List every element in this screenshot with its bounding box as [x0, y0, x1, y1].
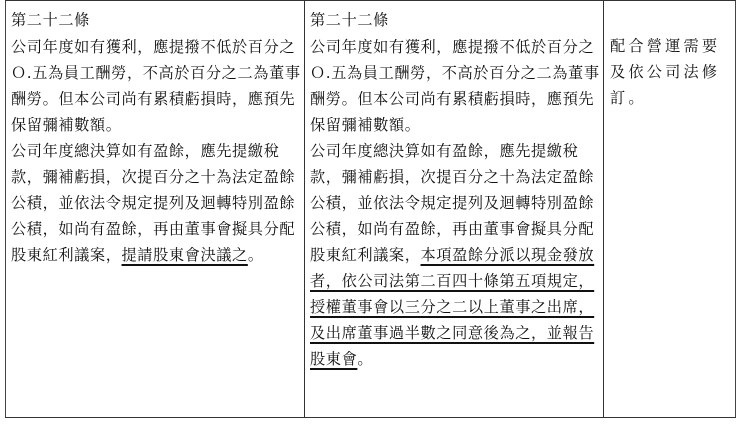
original-article-title: 第二十二條: [11, 7, 301, 33]
amended-paragraph-2: 公司年度總決算如有盈餘，應先提繳稅款，彌補虧損，次提百分之十為法定盈餘公積，並依…: [310, 138, 600, 372]
amended-underlined-text: 本項盈餘分派以現金發放者，依公司法第二百四十條第五項規定，授權董事會以三分之二以…: [310, 246, 594, 368]
amended-text-column: 第二十二條 公司年度如有獲利，應提撥不低於百分之Ｏ.五為員工酬勞，不高於百分之二…: [305, 1, 604, 417]
amendment-comparison-table: 第二十二條 公司年度如有獲利，應提撥不低於百分之Ｏ.五為員工酬勞，不高於百分之二…: [5, 0, 736, 418]
original-paragraph-2-end: 。: [248, 246, 264, 264]
original-paragraph-1: 公司年度如有獲利，應提撥不低於百分之Ｏ.五為員工酬勞，不高於百分之二為董事酬勞。…: [11, 34, 301, 138]
original-underlined-text: 提請股東會決議之: [122, 246, 248, 264]
amended-article-title: 第二十二條: [310, 7, 600, 33]
reason-column: 配合營運需要及依公司法修訂。: [604, 1, 736, 417]
amended-paragraph-2-end: 。: [357, 350, 373, 368]
amendment-reason: 配合營運需要及依公司法修訂。: [610, 33, 732, 111]
amended-paragraph-1: 公司年度如有獲利，應提撥不低於百分之Ｏ.五為員工酬勞，不高於百分之二為董事酬勞。…: [310, 34, 600, 138]
original-paragraph-2: 公司年度總決算如有盈餘，應先提繳稅款，彌補虧損，次提百分之十為法定盈餘公積，並依…: [11, 138, 301, 268]
original-text-column: 第二十二條 公司年度如有獲利，應提撥不低於百分之Ｏ.五為員工酬勞，不高於百分之二…: [5, 1, 305, 417]
